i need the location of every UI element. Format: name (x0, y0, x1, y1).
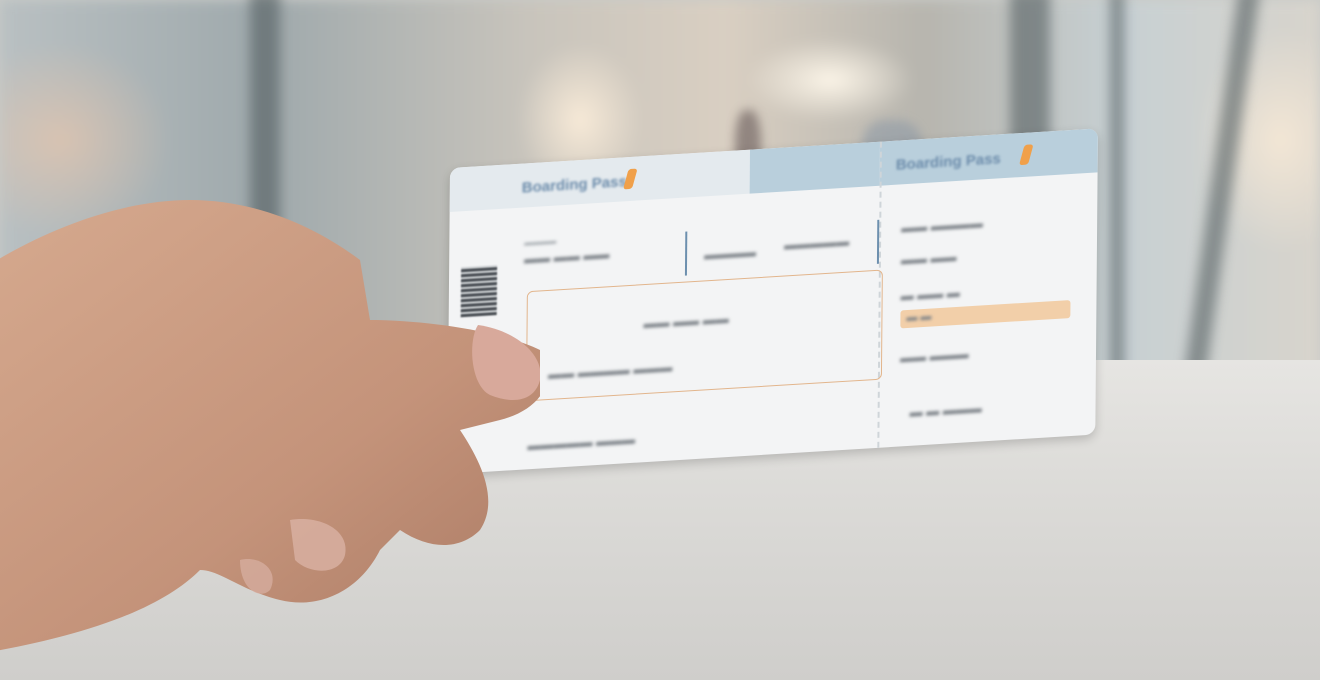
ticket-header-mid (750, 142, 880, 194)
blurred-value: ▬ ▬ (906, 311, 931, 325)
photo-scene: Boarding Pass Boarding Pass ▬▬▬▬ ▬▬ ▬▬ ▬… (0, 0, 1320, 680)
blurred-value: ▬▬ ▬▬▬▬ (901, 215, 983, 235)
blurred-value: ▬ ▬ ▬▬▬ (910, 400, 982, 419)
blurred-value: ▬▬ ▬▬▬ (900, 346, 969, 365)
blurred-value: ▬▬▬▬▬ ▬▬▬ (527, 432, 635, 454)
blurred-value: ▬ ▬▬ ▬ (901, 285, 960, 304)
window-pillar (1110, 0, 1124, 390)
blurred-value: ▬▬▬▬ (704, 244, 756, 262)
flight-info-box (526, 270, 883, 402)
boarding-pass: Boarding Pass Boarding Pass ▬▬▬▬ ▬▬ ▬▬ ▬… (447, 128, 1098, 474)
blurred-value: ▬▬ ▬▬ (901, 249, 957, 267)
hand (0, 190, 540, 660)
